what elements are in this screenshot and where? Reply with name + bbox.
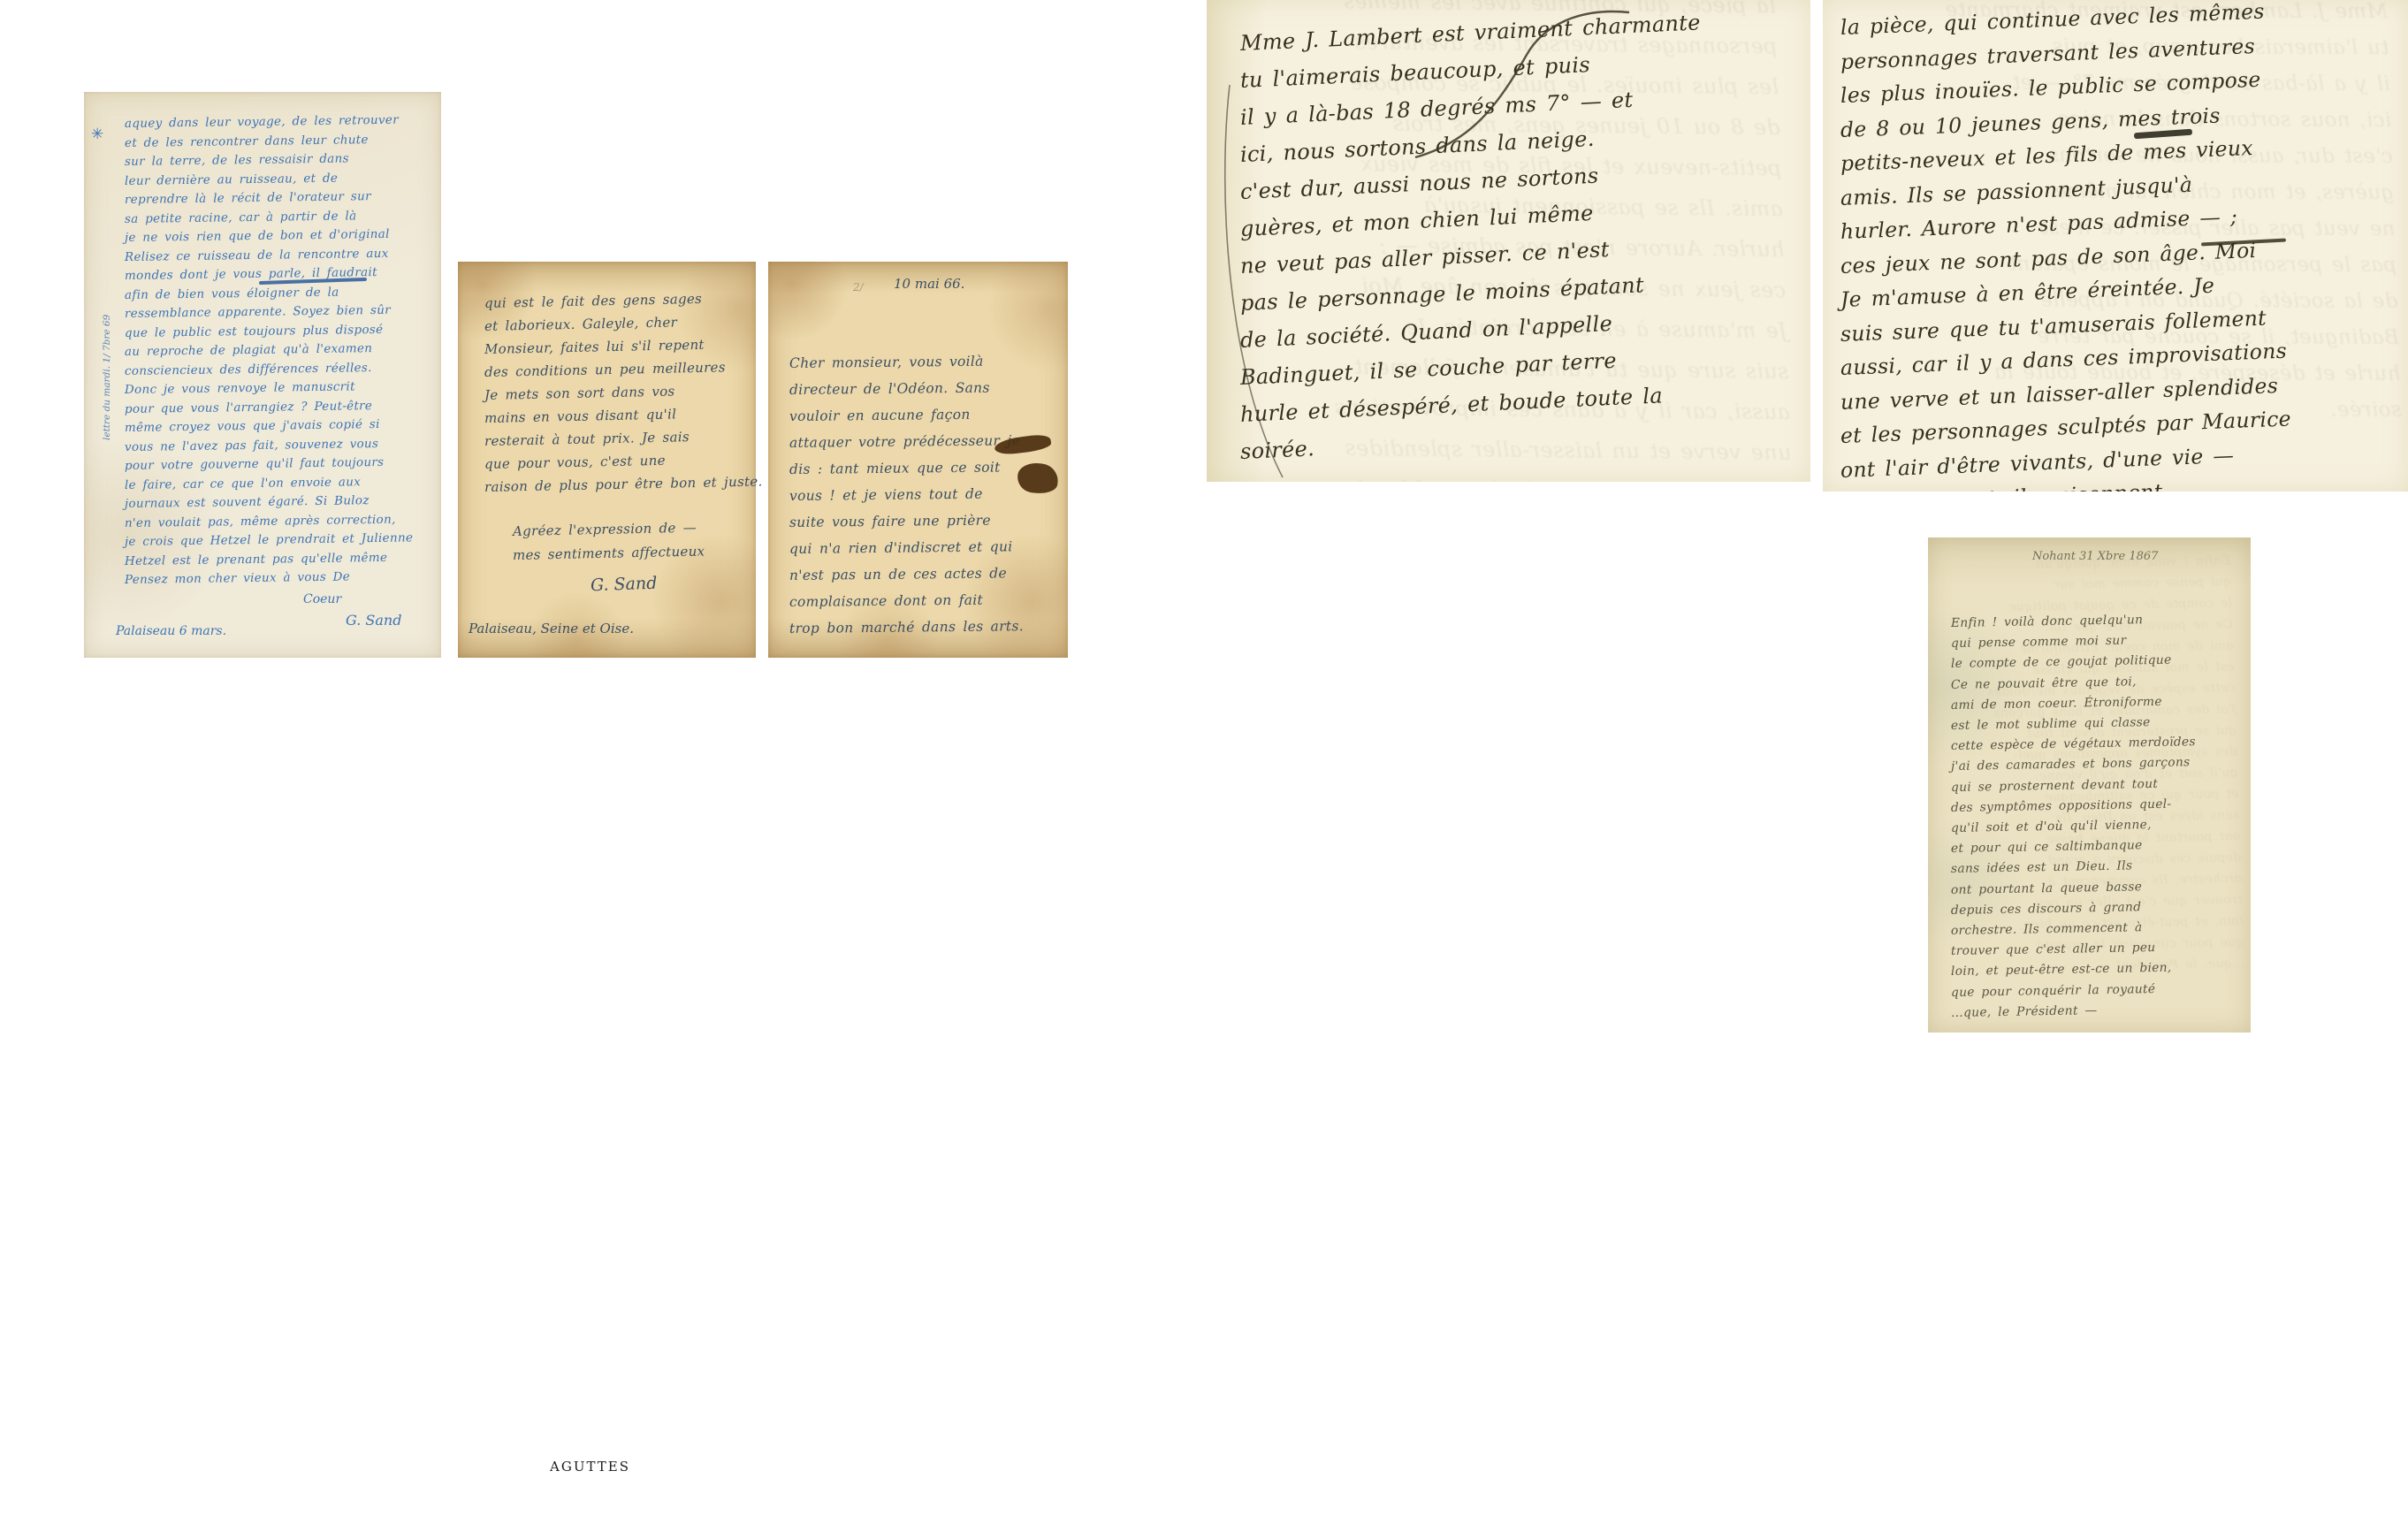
handwriting-line: mes sentiments affectueux <box>513 539 705 568</box>
letter-body: qui est le fait des gens sageset laborie… <box>484 292 763 499</box>
signature: G. Sand <box>591 574 658 596</box>
handwriting-line: raison de plus pour être bon et juste. <box>484 469 763 499</box>
handwriting-line: vouloir en aucune façon <box>789 400 1024 430</box>
page-number-note: 2/ <box>853 281 864 293</box>
valediction: Agréez l'expression de —mes sentiments a… <box>513 520 705 568</box>
manuscript-bifolium: qui est le fait des gens sageset laborie… <box>458 262 1068 658</box>
handwriting-line: n'est pas un de ces actes de <box>789 560 1024 589</box>
date-line: Nohant 31 Xbre 1867 <box>2032 550 2158 563</box>
asterisk-mark: ✳ <box>91 126 103 143</box>
catalog-page: ✳ lettre du mardi. 1/ 7bre 69 aquey dans… <box>0 0 2408 1532</box>
handwriting-line: …que, le Président — <box>1951 999 2196 1024</box>
handwriting-line: vous ! et je viens tout de <box>789 480 1024 509</box>
date-line: 10 mai 66. <box>894 276 964 292</box>
signature: G. Sand <box>346 612 401 629</box>
handwriting-line: dis : tant mieux que ce soit <box>789 454 1024 483</box>
handwriting-line: attaquer votre prédécesseur je <box>789 427 1024 456</box>
handwriting-line: qui n'a rien d'indiscret et qui <box>789 533 1024 562</box>
place-date: Palaiseau 6 mars. <box>116 624 226 638</box>
letter-body: aquey dans leur voyage, de les retrouver… <box>125 115 413 591</box>
manuscript-letter-blue: ✳ lettre du mardi. 1/ 7bre 69 aquey dans… <box>84 92 441 658</box>
handwriting-line: trop bon marché dans les arts. <box>789 613 1024 642</box>
auction-house-logo: AGUTTES <box>550 1459 630 1475</box>
margin-note: lettre du mardi. 1/ 7bre 69 <box>102 263 112 440</box>
handwriting-line: suite vous faire une prière <box>789 507 1024 536</box>
letter-body: la pièce, qui continue avec les mêmesper… <box>1840 11 2291 492</box>
handwriting-line: directeur de l'Odéon. Sans <box>789 374 1024 403</box>
pen-flourish <box>1207 0 1810 482</box>
place-line: Palaiseau, Seine et Oise. <box>469 621 634 636</box>
handwriting-line: Cher monsieur, vous voilà <box>789 347 1024 377</box>
handwriting-line: Pensez mon cher vieux à vous De <box>125 567 414 590</box>
closing-word: Coeur <box>303 592 341 606</box>
letter-body: Cher monsieur, vous voilàdirecteur de l'… <box>789 350 1024 642</box>
bifolium-left-page: qui est le fait des gens sageset laborie… <box>458 262 756 658</box>
manuscript-spread-right-page: Mme J. Lambert est vraiment charmantetu … <box>1823 0 2408 492</box>
handwriting-line: complaisance dont on fait <box>789 586 1024 615</box>
bifolium-right-page: 2/ 10 mai 66. Cher monsieur, vous voilàd… <box>768 262 1068 658</box>
manuscript-letter-nohant: Enfin ! voilà donc quelqu'unqui pense co… <box>1928 537 2251 1033</box>
manuscript-spread-left-page: la pièce, qui continue avec les mêmesper… <box>1207 0 1810 482</box>
handwriting-line: qui pense comme moi sur <box>1983 571 2231 597</box>
letter-body: Enfin ! voilà donc quelqu'unqui pense co… <box>1951 614 2196 1024</box>
